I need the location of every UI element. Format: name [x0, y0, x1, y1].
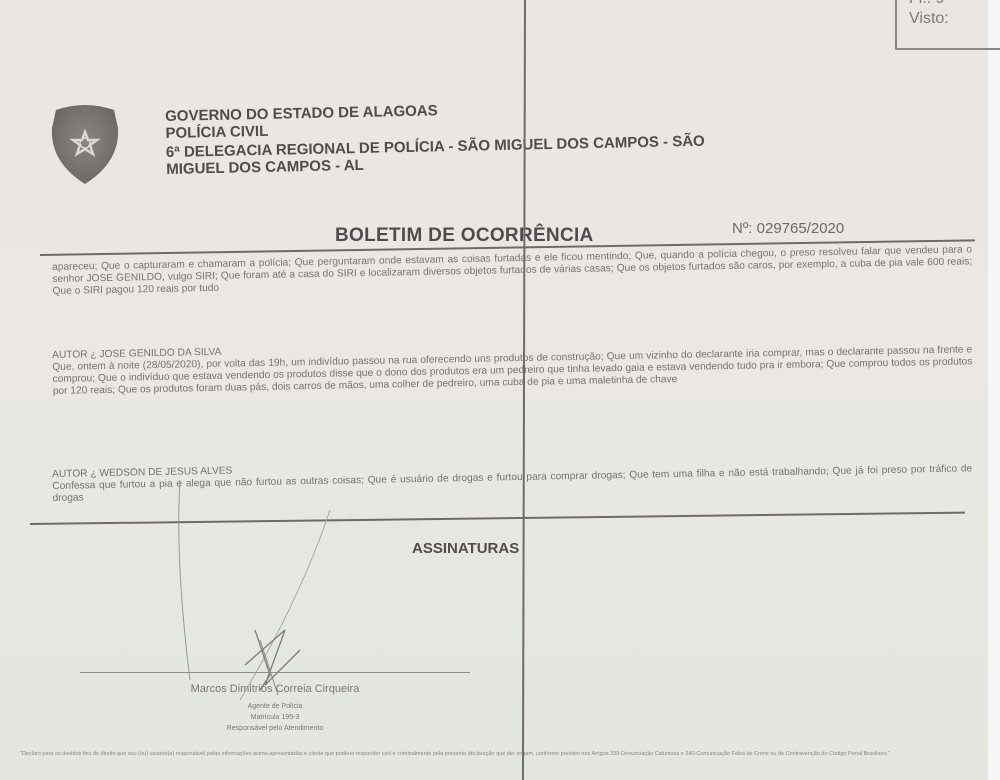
signer-registration: Matrícula 195-3 — [80, 714, 470, 721]
legal-declaration: "Declaro para os devidos fins de direito… — [20, 750, 980, 758]
signer-responsibility: Responsável pelo Atendimento — [80, 725, 470, 732]
document-number: Nº: 029765/2020 — [732, 220, 844, 237]
police-badge-icon — [48, 100, 122, 186]
page-edge — [988, 0, 1000, 780]
folio-label: Fl.: 9 — [909, 0, 945, 8]
handwritten-signature — [160, 480, 520, 710]
document-page: Fl.: 9 Visto: GOVERNO DO ESTADO DE ALAGO… — [0, 0, 1000, 780]
visto-label: Visto: — [909, 10, 949, 28]
signature-line — [80, 672, 470, 673]
institution-header: GOVERNO DO ESTADO DE ALAGOAS POLÍCIA CIV… — [165, 97, 705, 178]
author-section-1: AUTOR ¿ JOSE GENILDO DA SILVA Que, ontem… — [52, 332, 973, 398]
signer-name: Marcos Dimitrios Correia Cirqueira — [80, 683, 470, 695]
document-title: BOLETIM DE OCORRÊNCIA — [335, 225, 594, 247]
signer-role: Agente de Polícia — [80, 703, 470, 710]
visto-stamp-box: Fl.: 9 Visto: — [895, 0, 1000, 50]
